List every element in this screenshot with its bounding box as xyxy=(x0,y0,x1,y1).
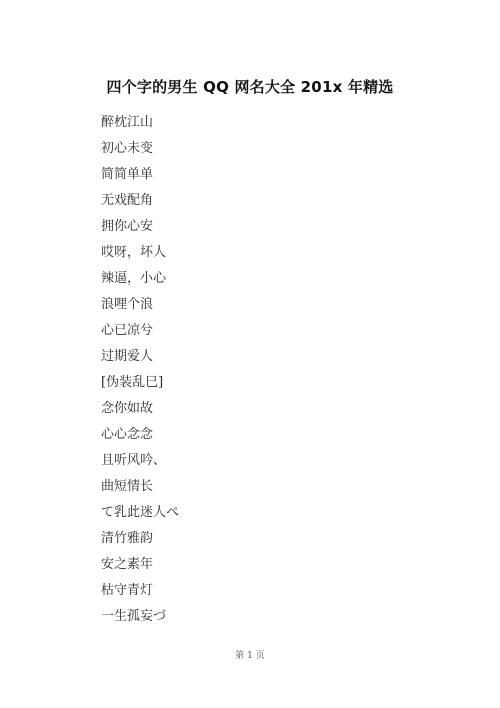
list-item: 过期爱人 xyxy=(101,348,179,374)
list-item: 念你如故 xyxy=(101,400,179,426)
list-item: 心心念念 xyxy=(101,426,179,452)
list-item: 曲短情长 xyxy=(101,478,179,504)
document-title: 四个字的男生 QQ 网名大全 201x 年精选 xyxy=(0,76,500,97)
list-item: 无戏配角 xyxy=(101,192,179,218)
list-item: 清竹雅韵 xyxy=(101,530,179,556)
list-item: 辣逼，小心 xyxy=(101,270,179,296)
list-item: 初心未变 xyxy=(101,140,179,166)
list-item: 哎呀，坏人 xyxy=(101,244,179,270)
list-item: て乳此迷人ぺ xyxy=(101,504,179,530)
name-list: 醉枕江山 初心未变 简简单单 无戏配角 拥你心安 哎呀，坏人 辣逼，小心 浪哩个… xyxy=(101,114,179,634)
list-item: 一生孤妄づ xyxy=(101,608,179,634)
list-item: 心已凉兮 xyxy=(101,322,179,348)
list-item: 简简单单 xyxy=(101,166,179,192)
list-item: [伪装乱巳] xyxy=(101,374,179,400)
document-page: 四个字的男生 QQ 网名大全 201x 年精选 醉枕江山 初心未变 简简单单 无… xyxy=(0,0,500,708)
list-item: 且听风吟、 xyxy=(101,452,179,478)
list-item: 浪哩个浪 xyxy=(101,296,179,322)
list-item: 枯守青灯 xyxy=(101,582,179,608)
list-item: 安之素年 xyxy=(101,556,179,582)
list-item: 拥你心安 xyxy=(101,218,179,244)
list-item: 醉枕江山 xyxy=(101,114,179,140)
page-number: 第 1 页 xyxy=(0,648,500,661)
